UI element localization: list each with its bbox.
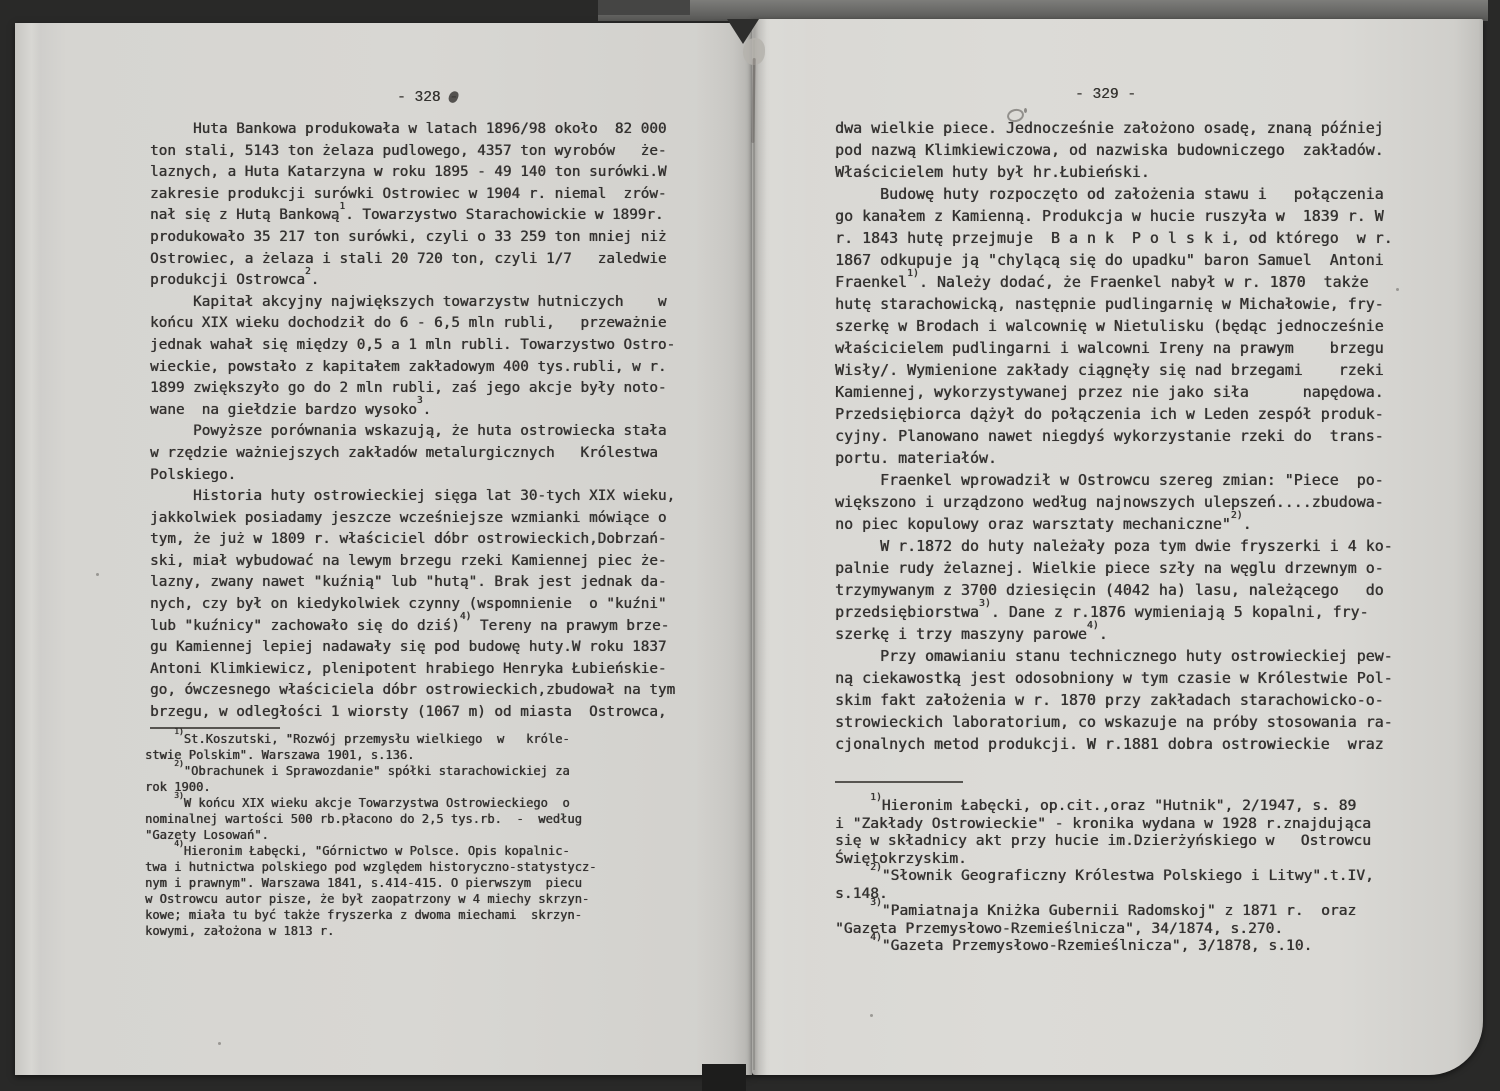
paper-speck xyxy=(218,1042,221,1045)
spine-crease-line xyxy=(753,40,755,1070)
book-spread: - 328 - Huta Bankowa produkowała w latac… xyxy=(0,0,1500,1091)
right-page-footnotes: 1)Hieronim Łabęcki, op.cit.,oraz "Hutnik… xyxy=(835,797,1374,955)
left-page-footnotes: 1)St.Koszutski, "Rozwój przemysłu wielki… xyxy=(145,731,596,939)
footnote-separator-left xyxy=(150,727,280,729)
spine-notch-bottom xyxy=(702,1064,746,1091)
right-page: - 329 - dwa wielkie piece. Jednocześnie … xyxy=(752,19,1483,1075)
left-page: - 328 - Huta Bankowa produkowała w latac… xyxy=(15,23,752,1075)
paper-speck xyxy=(870,1014,873,1017)
right-page-body-text: dwa wielkie piece. Jednocześnie założono… xyxy=(835,117,1393,755)
ink-smudge-right-top-dot xyxy=(1024,108,1027,113)
book-pages-edge-top-dark xyxy=(598,0,690,15)
page-number-right: - 329 - xyxy=(1075,87,1136,103)
book-pages-edge-top xyxy=(598,0,1488,21)
paper-speck xyxy=(96,573,99,576)
footnote-separator-right xyxy=(835,781,963,783)
paper-speck xyxy=(338,877,341,880)
paper-speck xyxy=(1396,288,1399,291)
paper-speck xyxy=(608,238,611,241)
left-page-body-text: Huta Bankowa produkowała w latach 1896/9… xyxy=(150,119,675,724)
